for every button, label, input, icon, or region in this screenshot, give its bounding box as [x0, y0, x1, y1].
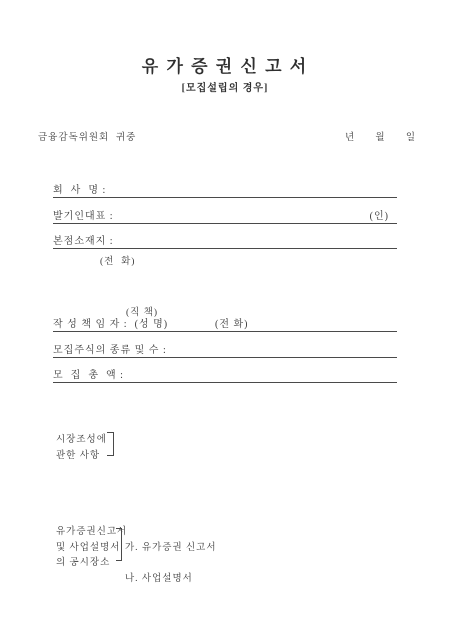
disclosure-item-b: 나. 사업설명서: [125, 570, 193, 584]
disclosure-bracket: [116, 528, 122, 561]
disclosure-line3: 의 공시장소: [56, 554, 110, 568]
company-name-label: 회 사 명 :: [53, 181, 106, 196]
disclosure-line2: 및 사업설명서: [56, 539, 120, 553]
offered-shares-label: 모집주식의 종류 및 수 :: [53, 341, 167, 356]
market-making-line1: 시장조성에: [56, 431, 107, 445]
writer-field: 작 성 책 임 자 : (성 명) (전 화): [53, 317, 397, 332]
total-amount-field: 모 집 총 액 :: [53, 368, 397, 383]
head-office-label: 본점소재지 :: [53, 232, 114, 247]
seal-label: (인): [370, 207, 389, 222]
page-subtitle: [모집설립의 경우]: [0, 79, 450, 94]
writer-phone-note: (전 화): [215, 315, 248, 330]
promoter-representative-field: 발기인대표 : (인): [53, 209, 397, 224]
total-amount-label: 모 집 총 액 :: [53, 366, 124, 381]
page-title: 유 가 증 권 신 고 서: [0, 52, 450, 77]
recipient-line: 금융감독위원회 귀중: [38, 129, 136, 143]
offered-shares-field: 모집주식의 종류 및 수 :: [53, 343, 397, 358]
promoter-representative-label: 발기인대표 :: [53, 207, 114, 222]
market-making-bracket: [107, 432, 114, 456]
securities-registration-form: 유 가 증 권 신 고 서 [모집설립의 경우] 금융감독위원회 귀중 년 월 …: [0, 0, 450, 636]
market-making-line2: 관한 사항: [56, 447, 100, 461]
company-name-field: 회 사 명 :: [53, 183, 397, 198]
date-line: 년 월 일: [345, 129, 416, 143]
disclosure-item-a: 가. 유가증권 신고서: [125, 539, 217, 553]
office-phone-note: (전 화): [100, 253, 135, 267]
head-office-field: 본점소재지 :: [53, 234, 397, 249]
writer-label: 작 성 책 임 자 : (성 명): [53, 315, 168, 330]
